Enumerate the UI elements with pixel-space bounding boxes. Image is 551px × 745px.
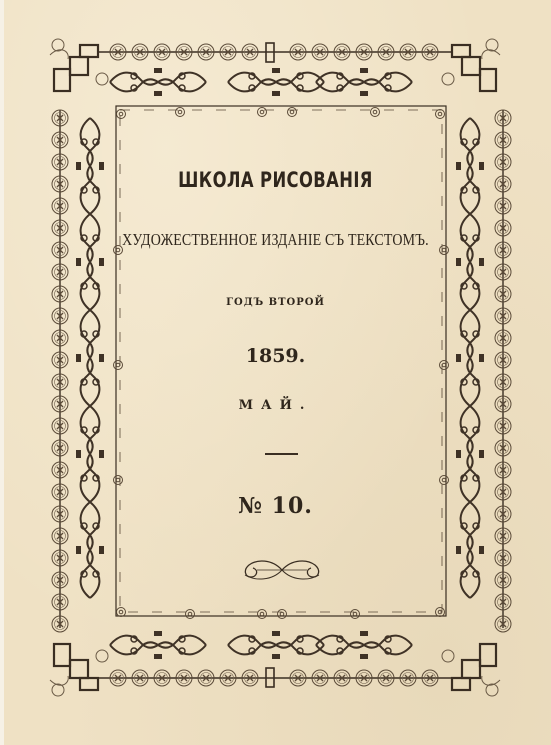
scroll-flourish-icon — [237, 555, 327, 585]
issue-number: № 10. — [0, 493, 551, 519]
publication-year: 1859. — [0, 345, 551, 367]
year-label: ГОДЪ ВТОРОЙ — [0, 297, 551, 308]
publication-month: МАЙ. — [0, 398, 551, 413]
ornamental-frame — [0, 0, 551, 745]
document-page: ШКОЛА РИСОВАНІЯ ХУДОЖЕСТВЕННОЕ ИЗДАНІЕ С… — [0, 0, 551, 745]
divider-rule — [265, 453, 298, 455]
publication-subtitle: ХУДОЖЕСТВЕННОЕ ИЗДАНІЕ СЪ ТЕКСТОМЪ. — [50, 230, 502, 250]
publication-title: ШКОЛА РИСОВАНІЯ — [61, 168, 491, 192]
